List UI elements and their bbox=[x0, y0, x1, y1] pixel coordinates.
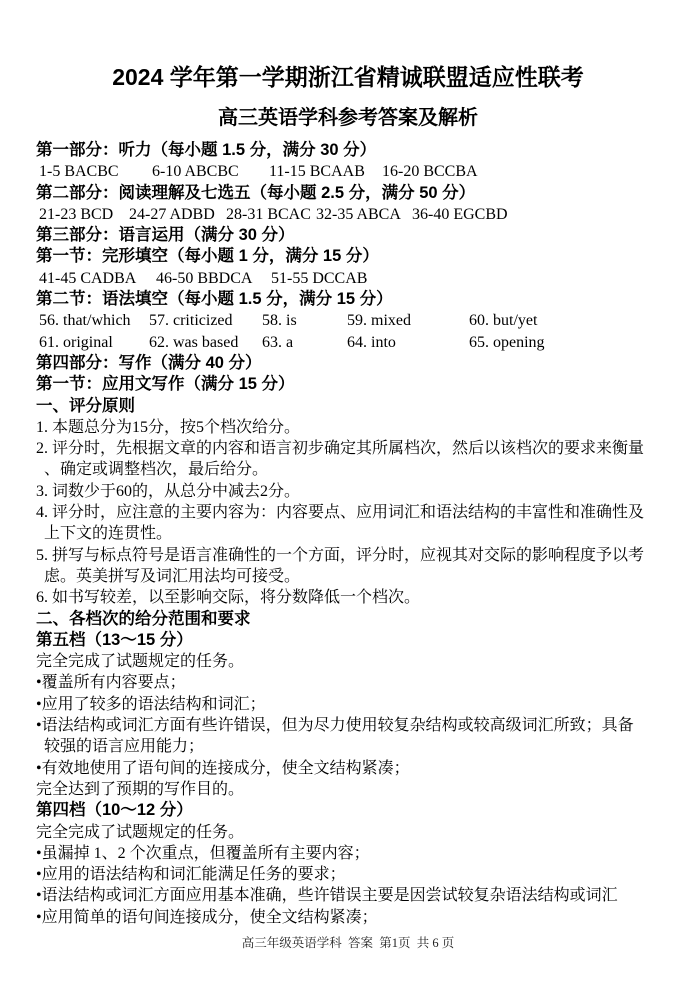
body-line: •语法结构或词汇方面有些许错误，但为尽力使用较复杂结构或较高级词汇所致；具备 bbox=[36, 715, 660, 736]
body-line: •应用简单的语句间连接成分，使全文结构紧凑； bbox=[36, 907, 660, 928]
section-heading: 第二部分：阅读理解及七选五（每小题 2.5 分，满分 50 分） bbox=[36, 183, 660, 204]
body-line: •语法结构或词汇方面应用基本准确，些许错误主要是因尝试较复杂语法结构或词汇 bbox=[36, 885, 660, 906]
body-line: •应用了较多的语法结构和词汇； bbox=[36, 694, 660, 715]
section-heading: 第二节：语法填空（每小题 1.5 分，满分 15 分） bbox=[36, 289, 660, 310]
section-heading: 二、各档次的给分范围和要求 bbox=[36, 609, 660, 630]
body-line: 完全完成了试题规定的任务。 bbox=[36, 651, 660, 672]
body-line: 5. 拼写与标点符号是语言准确性的一个方面，评分时，应视其对交际的影响程度予以考 bbox=[36, 545, 660, 566]
answer-group: 63. a bbox=[262, 332, 347, 353]
document-title: 2024 学年第一学期浙江省精诚联盟适应性联考 bbox=[36, 62, 660, 92]
body-line: 4. 评分时，应注意的主要内容为：内容要点、应用词汇和语法结构的丰富性和准确性及 bbox=[36, 502, 660, 523]
body-line: •有效地使用了语句间的连接成分，使全文结构紧凑； bbox=[36, 758, 660, 779]
answer-group: 64. into bbox=[347, 332, 469, 353]
answer-group: 59. mixed bbox=[347, 310, 469, 331]
answer-group: 51-55 DCCAB bbox=[271, 268, 367, 289]
section-heading: 第四部分：写作（满分 40 分） bbox=[36, 353, 660, 374]
answer-row: 61. original62. was based63. a64. into65… bbox=[36, 332, 660, 353]
section-heading: 一、评分原则 bbox=[36, 396, 660, 417]
answer-group: 32-35 ABCA bbox=[316, 204, 412, 225]
section-heading: 第四档（10～12 分） bbox=[36, 800, 660, 821]
answer-group: 62. was based bbox=[149, 332, 262, 353]
answer-group: 11-15 BCAAB bbox=[269, 161, 382, 182]
body-line: 、确定或调整档次，最后给分。 bbox=[36, 459, 660, 480]
body-line: 3. 词数少于60的，从总分中减去2分。 bbox=[36, 481, 660, 502]
document-body: 第一部分：听力（每小题 1.5 分，满分 30 分）1-5 BACBC6-10 … bbox=[36, 140, 660, 928]
body-line: 较强的语言应用能力； bbox=[36, 736, 660, 757]
body-line: 6. 如书写较差，以至影响交际，将分数降低一个档次。 bbox=[36, 587, 660, 608]
section-heading: 第一部分：听力（每小题 1.5 分，满分 30 分） bbox=[36, 140, 660, 161]
answer-row: 41-45 CADBA46-50 BBDCA51-55 DCCAB bbox=[36, 268, 660, 289]
section-heading: 第一节：完形填空（每小题 1 分，满分 15 分） bbox=[36, 246, 660, 267]
answer-group: 21-23 BCD bbox=[39, 204, 129, 225]
answer-group: 57. criticized bbox=[149, 310, 262, 331]
section-heading: 第五档（13～15 分） bbox=[36, 630, 660, 651]
body-line: 完全完成了试题规定的任务。 bbox=[36, 822, 660, 843]
answer-row: 1-5 BACBC6-10 ABCBC11-15 BCAAB16-20 BCCB… bbox=[36, 161, 660, 182]
answer-group: 58. is bbox=[262, 310, 347, 331]
answer-group: 46-50 BBDCA bbox=[156, 268, 271, 289]
body-line: 1. 本题总分为15分，按5个档次给分。 bbox=[36, 417, 660, 438]
body-line: •应用的语法结构和词汇能满足任务的要求； bbox=[36, 864, 660, 885]
answer-group: 36-40 EGCBD bbox=[412, 204, 508, 225]
body-line: 虑。英美拼写及词汇用法均可接受。 bbox=[36, 566, 660, 587]
body-line: 2. 评分时，先根据文章的内容和语言初步确定其所属档次，然后以该档次的要求来衡量 bbox=[36, 438, 660, 459]
answer-group: 16-20 BCCBA bbox=[382, 161, 478, 182]
answer-group: 60. but/yet bbox=[469, 310, 537, 331]
body-line: •覆盖所有内容要点； bbox=[36, 672, 660, 693]
section-heading: 第一节：应用文写作（满分 15 分） bbox=[36, 374, 660, 395]
document-subtitle: 高三英语学科参考答案及解析 bbox=[36, 104, 660, 132]
answer-key-page: 2024 学年第一学期浙江省精诚联盟适应性联考 高三英语学科参考答案及解析 第一… bbox=[0, 0, 696, 983]
answer-group: 6-10 ABCBC bbox=[152, 161, 269, 182]
answer-group: 28-31 BCAC bbox=[226, 204, 316, 225]
answer-group: 65. opening bbox=[469, 332, 545, 353]
answer-group: 1-5 BACBC bbox=[39, 161, 152, 182]
answer-group: 41-45 CADBA bbox=[39, 268, 156, 289]
body-line: •虽漏掉 1、2 个次重点，但覆盖所有主要内容； bbox=[36, 843, 660, 864]
body-line: 完全达到了预期的写作目的。 bbox=[36, 779, 660, 800]
answer-row: 56. that/which57. criticized58. is59. mi… bbox=[36, 310, 660, 331]
answer-group: 24-27 ADBD bbox=[129, 204, 226, 225]
page-footer: 高三年级英语学科 答案 第1页 共 6 页 bbox=[36, 935, 660, 951]
section-heading: 第三部分：语言运用（满分 30 分） bbox=[36, 225, 660, 246]
answer-group: 56. that/which bbox=[39, 310, 149, 331]
answer-row: 21-23 BCD24-27 ADBD28-31 BCAC32-35 ABCA3… bbox=[36, 204, 660, 225]
answer-group: 61. original bbox=[39, 332, 149, 353]
body-line: 上下文的连贯性。 bbox=[36, 523, 660, 544]
